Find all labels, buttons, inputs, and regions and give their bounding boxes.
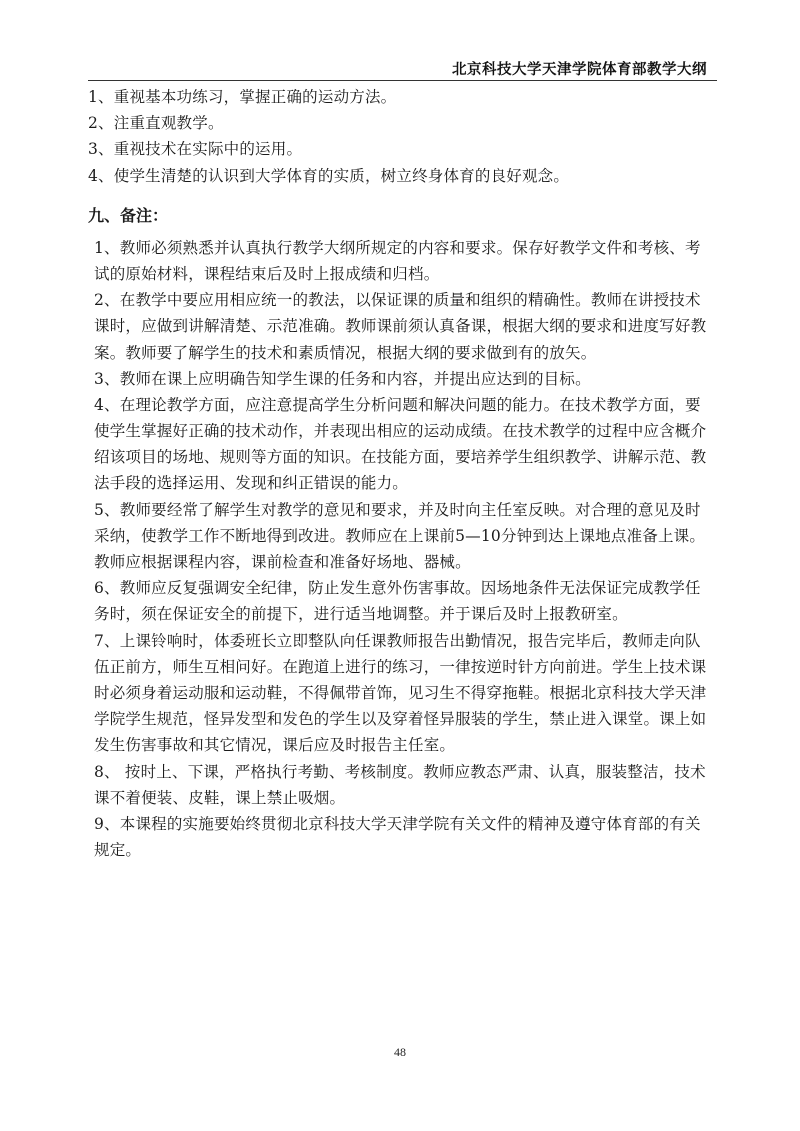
paragraph-line: 4、在理论教学方面，应注意提高学生分析问题和解决问题的能力。在技术教学方面，要: [88, 392, 714, 418]
paragraph-line: 伍正前方，师生互相问好。在跑道上进行的练习，一律按逆时针方向前进。学生上技术课: [88, 654, 714, 680]
paragraph-line: 规定。: [88, 837, 714, 863]
paragraph-line: 务时，须在保证安全的前提下，进行适当地调整。并于课后及时上报教研室。: [88, 601, 714, 627]
page-content: 1、重视基本功练习，掌握正确的运动方法。 2、注重直观教学。 3、重视技术在实际…: [88, 84, 714, 863]
paragraph-line: 时必须身着运动服和运动鞋，不得佩带首饰，见习生不得穿拖鞋。根据北京科技大学天津: [88, 680, 714, 706]
teaching-principles-list: 1、重视基本功练习，掌握正确的运动方法。 2、注重直观教学。 3、重视技术在实际…: [88, 84, 714, 189]
paragraph-line: 2、注重直观教学。: [88, 110, 714, 136]
list-item: 2、注重直观教学。: [88, 110, 714, 136]
page-header: 北京科技大学天津学院体育部教学大纲: [88, 58, 717, 81]
paragraph-line: 试的原始材料，课程结束后及时上报成绩和归档。: [88, 261, 714, 287]
remark-item-8: 8、 按时上、下课，严格执行考勤、考核制度。教师应教态严肃、认真，服装整洁，技术…: [88, 759, 714, 811]
paragraph-line: 发生伤害事故和其它情况，课后应及时报告主任室。: [88, 732, 714, 758]
paragraph-line: 课不着便装、皮鞋，课上禁止吸烟。: [88, 785, 714, 811]
paragraph-line: 2、在教学中要应用相应统一的教法，以保证课的质量和组织的精确性。教师在讲授技术: [88, 287, 714, 313]
remark-item-2: 2、在教学中要应用相应统一的教法，以保证课的质量和组织的精确性。教师在讲授技术 …: [88, 287, 714, 366]
paragraph-line: 学院学生规范，怪异发型和发色的学生以及穿着怪异服装的学生，禁止进入课堂。课上如: [88, 706, 714, 732]
remark-item-4: 4、在理论教学方面，应注意提高学生分析问题和解决问题的能力。在技术教学方面，要 …: [88, 392, 714, 497]
remark-item-9: 9、本课程的实施要始终贯彻北京科技大学天津学院有关文件的精神及遵守体育部的有关 …: [88, 811, 714, 863]
paragraph-line: 法手段的选择运用、发现和纠正错误的能力。: [88, 470, 714, 496]
paragraph-line: 8、 按时上、下课，严格执行考勤、考核制度。教师应教态严肃、认真，服装整洁，技术: [88, 759, 714, 785]
section-heading-remarks: 九、备注：: [88, 203, 714, 229]
paragraph-line: 4、使学生清楚的认识到大学体育的实质，树立终身体育的良好观念。: [88, 163, 714, 189]
page-number: 48: [0, 1045, 800, 1060]
paragraph-line: 3、教师在课上应明确告知学生课的任务和内容，并提出应达到的目标。: [88, 366, 714, 392]
list-item: 4、使学生清楚的认识到大学体育的实质，树立终身体育的良好观念。: [88, 163, 714, 189]
paragraph-line: 9、本课程的实施要始终贯彻北京科技大学天津学院有关文件的精神及遵守体育部的有关: [88, 811, 714, 837]
paragraph-line: 采纳，使教学工作不断地得到改进。教师应在上课前5—10分钟到达上课地点准备上课。: [88, 523, 714, 549]
list-item: 1、重视基本功练习，掌握正确的运动方法。: [88, 84, 714, 110]
remark-item-1: 1、教师必须熟悉并认真执行教学大纲所规定的内容和要求。保存好教学文件和考核、考 …: [88, 235, 714, 287]
document-header-title: 北京科技大学天津学院体育部教学大纲: [452, 58, 707, 79]
paragraph-line: 1、重视基本功练习，掌握正确的运动方法。: [88, 84, 714, 110]
paragraph-line: 案。教师要了解学生的技术和素质情况，根据大纲的要求做到有的放矢。: [88, 340, 714, 366]
paragraph-line: 教师应根据课程内容，课前检查和准备好场地、器械。: [88, 549, 714, 575]
remark-item-7: 7、上课铃响时，体委班长立即整队向任课教师报告出勤情况，报告完毕后，教师走向队 …: [88, 628, 714, 759]
remark-item-6: 6、教师应反复强调安全纪律，防止发生意外伤害事故。因场地条件无法保证完成教学任 …: [88, 575, 714, 627]
list-item: 3、重视技术在实际中的运用。: [88, 136, 714, 162]
remark-item-5: 5、教师要经常了解学生对教学的意见和要求，并及时向主任室反映。对合理的意见及时 …: [88, 497, 714, 576]
paragraph-line: 6、教师应反复强调安全纪律，防止发生意外伤害事故。因场地条件无法保证完成教学任: [88, 575, 714, 601]
paragraph-line: 7、上课铃响时，体委班长立即整队向任课教师报告出勤情况，报告完毕后，教师走向队: [88, 628, 714, 654]
remarks-list: 1、教师必须熟悉并认真执行教学大纲所规定的内容和要求。保存好教学文件和考核、考 …: [88, 235, 714, 864]
paragraph-line: 使学生掌握好正确的技术动作，并表现出相应的运动成绩。在技术教学的过程中应含概介: [88, 418, 714, 444]
paragraph-line: 3、重视技术在实际中的运用。: [88, 136, 714, 162]
paragraph-line: 绍该项目的场地、规则等方面的知识。在技能方面，要培养学生组织教学、讲解示范、教: [88, 444, 714, 470]
paragraph-line: 5、教师要经常了解学生对教学的意见和要求，并及时向主任室反映。对合理的意见及时: [88, 497, 714, 523]
paragraph-line: 1、教师必须熟悉并认真执行教学大纲所规定的内容和要求。保存好教学文件和考核、考: [88, 235, 714, 261]
paragraph-line: 课时，应做到讲解清楚、示范准确。教师课前须认真备课，根据大纲的要求和进度写好教: [88, 313, 714, 339]
remark-item-3: 3、教师在课上应明确告知学生课的任务和内容，并提出应达到的目标。: [88, 366, 714, 392]
